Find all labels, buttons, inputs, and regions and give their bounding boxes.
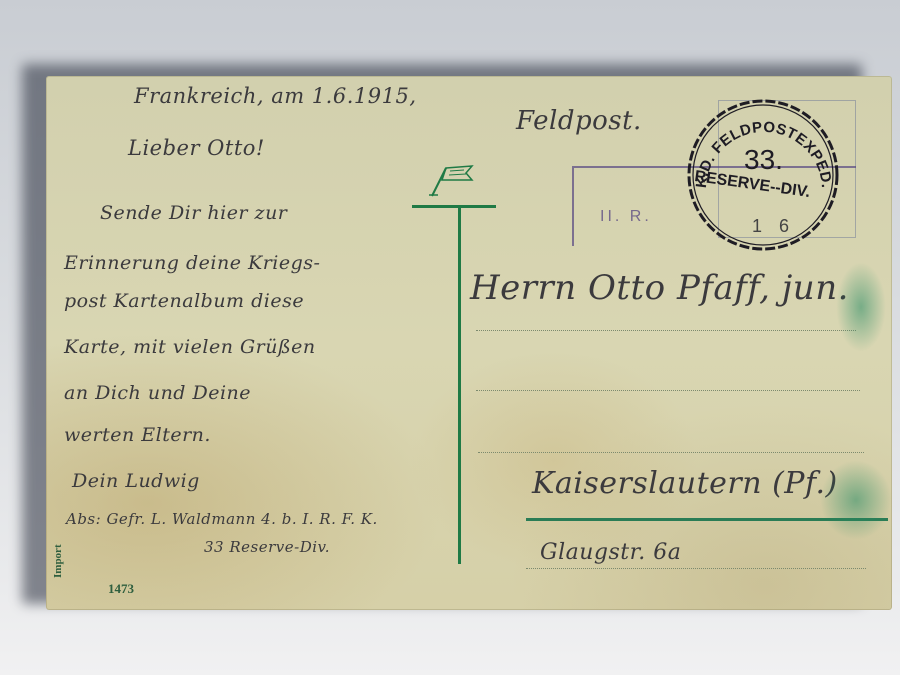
sender-unit: 33 Reserve-Div. (204, 538, 330, 556)
address-city: Kaiserslautern (Pf.) (532, 466, 838, 501)
divider-crossbar (412, 205, 496, 208)
stamp-number: 33. (744, 144, 783, 176)
message-line-1: Sende Dir hier zur (100, 202, 287, 224)
address-line-3 (478, 452, 864, 453)
import-label: Import (52, 544, 64, 578)
message-closing: Dein Ludwig (72, 470, 200, 492)
flag-icon (428, 164, 476, 198)
message-line-3: post Kartenalbum diese (64, 290, 304, 312)
stamp-residue (836, 262, 886, 352)
message-line-2: Erinnerung deine Kriegs- (64, 252, 320, 274)
address-street: Glaugstr. 6a (540, 540, 681, 565)
message-line-6: werten Eltern. (64, 424, 211, 446)
message-salutation: Lieber Otto! (128, 136, 265, 160)
stamp-date: 1 6 (752, 216, 795, 237)
catalog-number: 1473 (108, 581, 134, 597)
divider-vertical (458, 206, 461, 564)
box-stamp-text: II. R. (600, 208, 652, 226)
message-line-4: Karte, mit vielen Grüßen (64, 336, 316, 358)
address-line-1 (476, 330, 856, 331)
sender-line: Abs: Gefr. L. Waldmann 4. b. I. R. F. K. (66, 510, 378, 528)
message-place-date: Frankreich, am 1.6.1915, (134, 84, 417, 108)
address-recipient: Herrn Otto Pfaff, jun. (470, 268, 849, 308)
message-line-5: an Dich und Deine (64, 382, 251, 404)
feldpost-note: Feldpost. (516, 106, 642, 136)
stamp-residue (820, 460, 892, 540)
address-line-2 (476, 390, 860, 391)
address-line-4 (526, 568, 866, 569)
